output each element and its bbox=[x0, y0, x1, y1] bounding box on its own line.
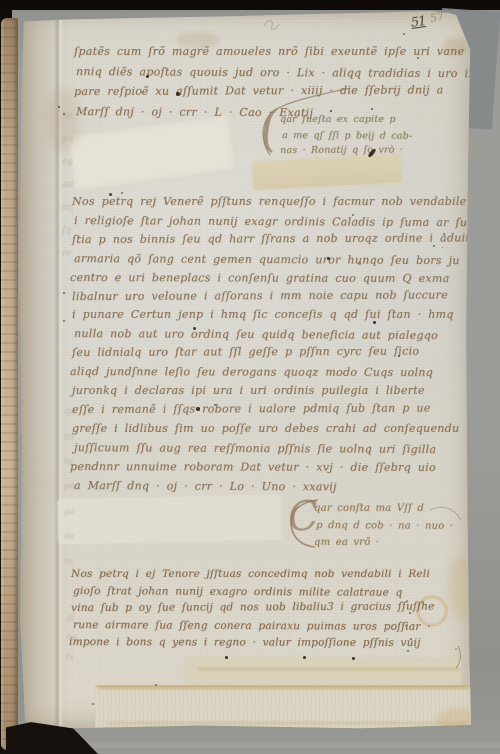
ink-speck bbox=[327, 257, 330, 260]
ink-speck bbox=[455, 648, 457, 650]
ink-speck bbox=[63, 113, 65, 115]
ink-speck bbox=[330, 110, 332, 112]
ink-speck bbox=[63, 320, 65, 322]
ink-bleed-through: qlneix bbox=[66, 608, 88, 668]
bleed-fragment: ne bbox=[66, 628, 88, 648]
manuscript-line: aliqd jundſnne leſio ſeu derogans quoqz … bbox=[70, 363, 491, 383]
ink-speck bbox=[146, 75, 149, 78]
manuscript-line: a Marſſ dnq · oj · crr · Lo · Uno · xxav… bbox=[74, 477, 495, 498]
manuscript-line: ſpatẽs cum ſrõ magrẽ amoueles nrõ ſibi e… bbox=[74, 42, 473, 62]
ink-speck bbox=[109, 193, 112, 196]
manuscript-line: eſſe i remanẽ i ſſqs robore i ualore pdm… bbox=[72, 399, 493, 420]
bleed-fragment: ql bbox=[66, 608, 88, 628]
ink-speck bbox=[443, 233, 445, 235]
manuscript-line: pendnnr unnuime roboram Dat vetur · xvj … bbox=[70, 458, 491, 478]
ink-speck bbox=[352, 657, 355, 660]
bleed-fragment: eg bbox=[62, 151, 84, 174]
ink-speck bbox=[58, 106, 60, 108]
note-line: a me qſ ſſi p beij d cab- bbox=[282, 128, 412, 144]
ink-speck bbox=[176, 92, 180, 96]
ink-speck bbox=[196, 407, 200, 411]
folio-number-ink: 51 bbox=[410, 14, 426, 31]
bleed-fragment: qe bbox=[64, 400, 86, 425]
ink-speck bbox=[398, 355, 400, 357]
manuscript-line: impone i bons q yens i regno · valur imp… bbox=[69, 634, 433, 652]
marginal-note-1: qar ſueſta ex capite pa me qſ ſſi p beij… bbox=[280, 112, 410, 159]
bleed-fragment: po bbox=[64, 475, 86, 500]
ink-speck bbox=[371, 108, 373, 110]
note-bracket-1: ( bbox=[258, 100, 280, 158]
ink-speck bbox=[407, 650, 409, 652]
ink-speck bbox=[358, 262, 361, 265]
bleed-fragment: mj bbox=[62, 197, 84, 220]
manuscript-line: libalnur uro veloune i aſſorans i mm noi… bbox=[72, 286, 493, 307]
repair-patch-1 bbox=[67, 115, 236, 192]
bleed-fragment: za bbox=[62, 105, 84, 128]
manuscript-line: vina ſub p oy ſue ſuncij qd nos uob liba… bbox=[71, 598, 435, 617]
bleed-fragment: ns bbox=[64, 425, 86, 450]
manuscript-photo: 51 57 ſpatẽs cum ſrõ magrẽ amoueles nrõ … bbox=[0, 0, 500, 754]
bleed-fragment: m bbox=[64, 550, 86, 575]
paragraph-3: Nos petrq i ej Tenore jſſtuas concedimq … bbox=[71, 566, 435, 651]
bleed-fragment: ao bbox=[62, 174, 84, 197]
repair-patch-5 bbox=[95, 685, 471, 731]
manuscript-line: juronkq i declaras ipi ura i uri ordinis… bbox=[72, 382, 493, 401]
manuscript-line: Nos petrq rej Venerẽ pſſtuns renqueſſo i… bbox=[72, 193, 493, 212]
bleed-fragment: iu bbox=[64, 450, 86, 475]
manuscript-line: armaria qõ ſang cent gemen quamcio uror … bbox=[74, 250, 495, 271]
ink-bleed-through: qensiupogadem bbox=[64, 400, 86, 575]
bleed-fragment: ga bbox=[64, 500, 86, 525]
ink-speck bbox=[303, 656, 306, 659]
ink-speck bbox=[406, 600, 408, 602]
bleed-fragment: re bbox=[62, 243, 84, 266]
bleed-fragment: de bbox=[64, 525, 86, 550]
bleed-fragment: ix bbox=[66, 648, 88, 668]
manuscript-line: Nos petrq i ej Tenore jſſtuas concedimq … bbox=[71, 566, 435, 583]
ink-speck bbox=[214, 404, 216, 406]
note-line: qar conſta ma Vſſ d bbox=[314, 500, 451, 517]
manuscript-line: pare reſpicẽ xu aſſumit Dat vetur · xiii… bbox=[74, 80, 473, 102]
note-line: nas · Ronatij q ſo vrò · bbox=[280, 142, 410, 158]
manuscript-line: i punare Certun jenp i hmq ſic conceſis … bbox=[72, 306, 493, 325]
note-line: p dnq d cob · na · nuo · bbox=[316, 517, 453, 535]
ink-speck bbox=[403, 33, 405, 35]
manuscript-line: juſſicuum ſſu aug rea reſſmonia pſſnis ſ… bbox=[74, 439, 495, 460]
ink-bleed-through: zapqegaomjſqre bbox=[62, 105, 84, 266]
ink-speck bbox=[193, 327, 196, 330]
manuscript-line: ſtia p nos binnis ſeu qd harr ſſrans a n… bbox=[72, 229, 493, 250]
manuscript-page: 51 57 ſpatẽs cum ſrõ magrẽ amoueles nrõ … bbox=[18, 10, 472, 729]
ink-speck bbox=[352, 214, 354, 216]
manuscript-line: ſeu lidnialq uro ſtar aut ſſl geſſe p pſ… bbox=[72, 342, 493, 363]
bleed-fragment: ſq bbox=[62, 220, 84, 243]
ink-speck bbox=[63, 292, 65, 294]
manuscript-line: greſſe i lidlibus ſim uo poſſe uro debes… bbox=[72, 420, 493, 439]
ink-speck bbox=[417, 57, 419, 59]
ink-speck bbox=[410, 638, 412, 640]
ink-speck bbox=[373, 321, 376, 324]
ink-speck bbox=[155, 684, 157, 686]
ink-speck bbox=[92, 703, 94, 705]
manuscript-line: rune airmare ſua ſſeng conera pairaxu pu… bbox=[73, 617, 437, 636]
ink-speck bbox=[121, 192, 123, 194]
book-spine-pages-edge bbox=[1, 18, 18, 750]
ink-speck bbox=[405, 625, 407, 627]
paragraph-2: Nos petrq rej Venerẽ pſſtuns renqueſſo i… bbox=[72, 193, 493, 496]
ink-speck bbox=[225, 656, 228, 659]
repair-patch-2 bbox=[252, 154, 401, 190]
ink-speck bbox=[409, 612, 411, 614]
note-line: qar ſueſta ex capite p bbox=[280, 112, 410, 128]
marginal-note-2: qar conſta ma Vſſ dp dnq d cob · na · nu… bbox=[314, 500, 451, 551]
repair-patch-3 bbox=[58, 495, 282, 545]
ink-speck bbox=[140, 91, 142, 93]
note-line: qm ea vrõ · bbox=[314, 533, 451, 551]
bleed-fragment: pq bbox=[62, 128, 84, 151]
ink-speck bbox=[433, 245, 435, 247]
